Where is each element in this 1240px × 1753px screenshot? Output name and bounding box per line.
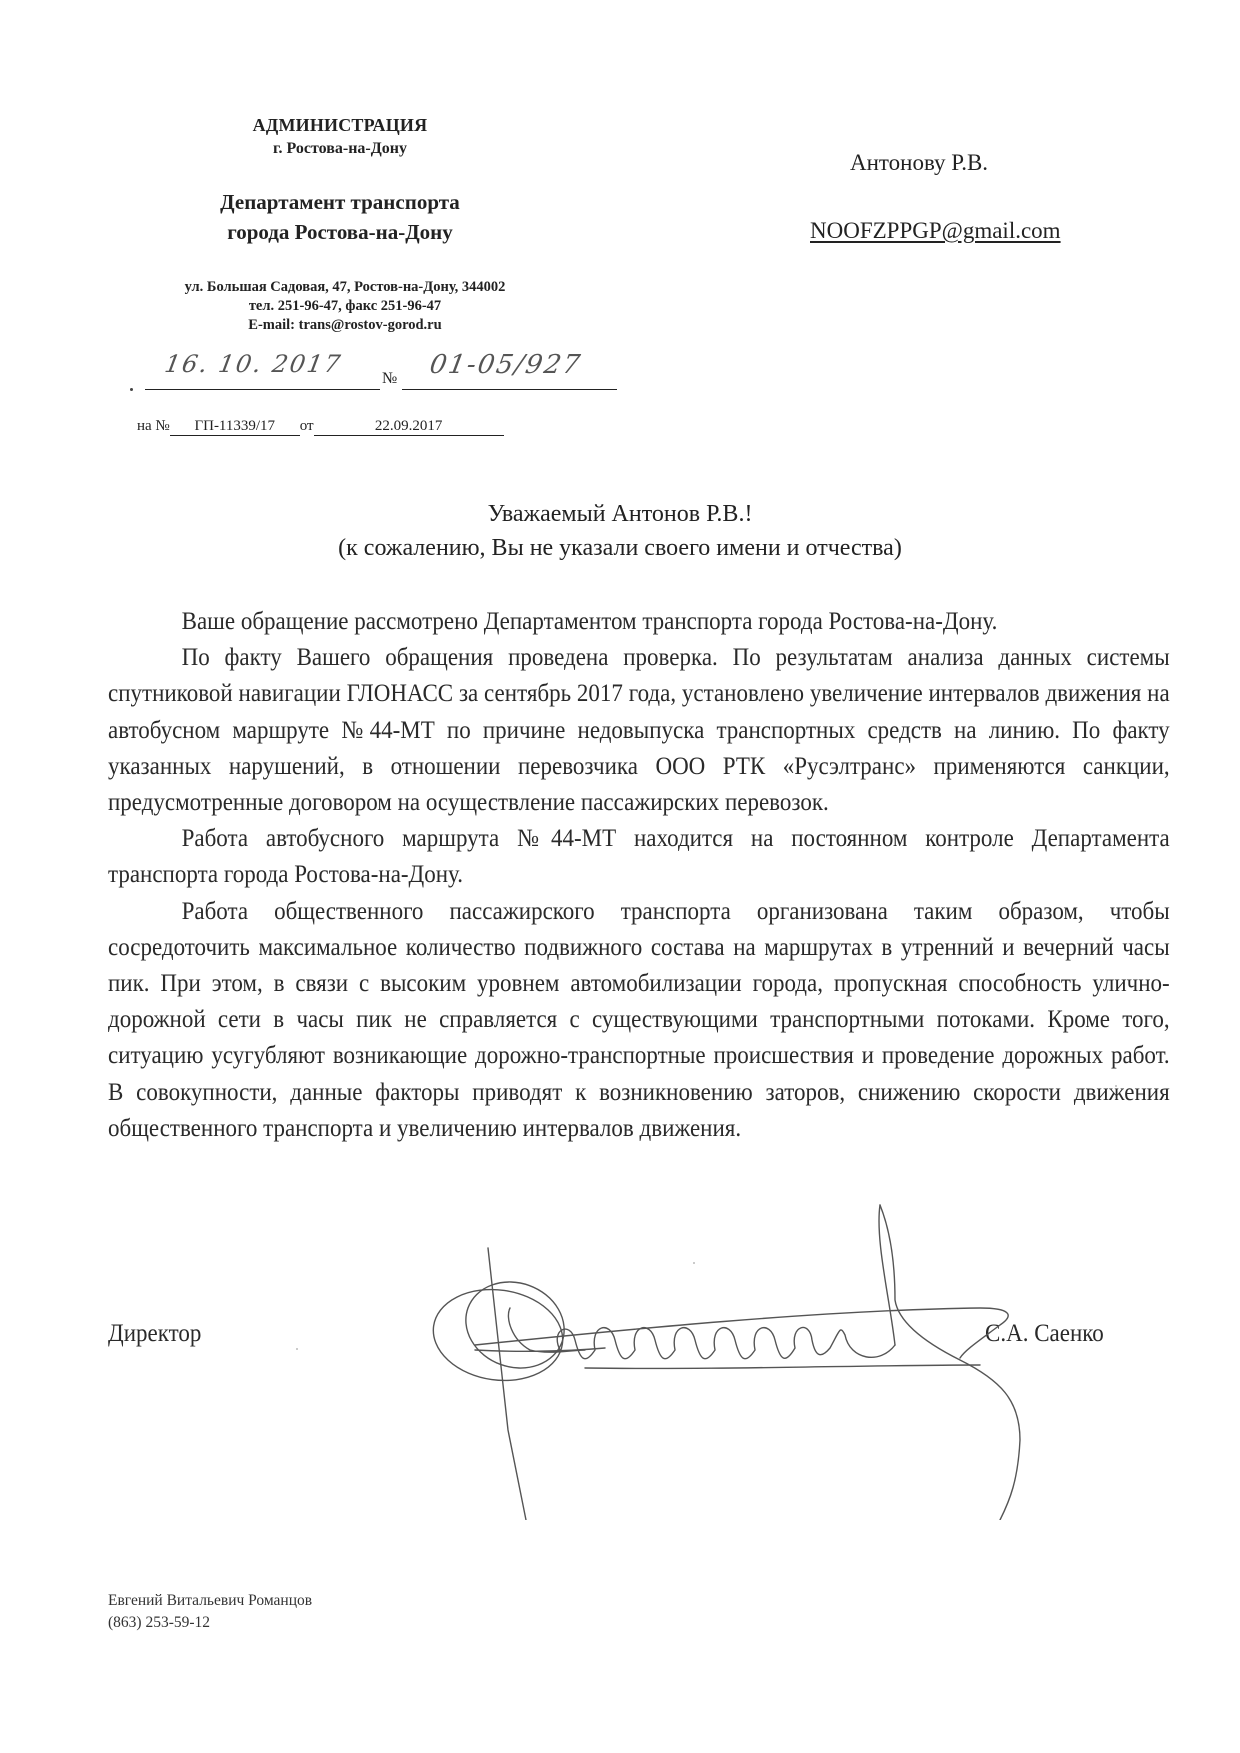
bullet-mark [130,388,133,391]
scan-speck [693,1262,695,1264]
letterhead-address: ул. Большая Садовая, 47, Ростов-на-Дону,… [115,278,575,297]
outgoing-date: 16. 10. 2017 [163,350,345,378]
paragraph: Работа общественного пассажирского транс… [108,894,1170,1147]
outgoing-number-label: № [382,370,397,388]
number-underline [402,389,617,390]
letterhead-department: Департамент транспорта [120,190,560,215]
executor-phone: (863) 253-59-12 [108,1614,210,1632]
executor-name: Евгений Витальевич Романцов [108,1592,312,1610]
scan-speck [296,1348,298,1350]
reply-to-label: на № [137,418,170,435]
letterhead-phone-fax: тел. 251-96-47, факс 251-96-47 [115,297,575,316]
paragraph: Работа автобусного маршрута №44-МТ наход… [108,821,1170,893]
outgoing-number: 01-05/927 [427,350,584,380]
salutation: Уважаемый Антонов Р.В.! [0,501,1240,528]
signer-role: Директор [108,1320,201,1348]
letterhead-contacts: ул. Большая Садовая, 47, Ростов-на-Дону,… [115,278,575,335]
letterhead-department-city: города Ростова-на-Дону [120,220,560,245]
letter-body: Ваше обращение рассмотрено Департаментом… [108,604,1170,1147]
reply-reference: на №ГП-11339/17от22.09.2017 [137,418,504,436]
from-label: от [300,418,314,435]
paragraph: Ваше обращение рассмотрено Департаментом… [108,604,1170,640]
date-underline [145,389,380,390]
salutation-note: (к сожалению, Вы не указали своего имени… [0,535,1240,562]
addressee-name: Антонову Р.В. [850,150,988,176]
letterhead-administration: АДМИНИСТРАЦИЯ [120,115,560,136]
letterhead-city: г. Ростова-на-Дону [120,140,560,158]
paragraph: По факту Вашего обращения проведена пров… [108,640,1170,821]
reply-to-date: 22.09.2017 [314,418,504,436]
addressee-email[interactable]: NOOFZPPGP@gmail.com [810,218,1061,244]
handwritten-signature-icon [420,1200,1140,1520]
scan-speck [1115,1085,1117,1087]
letterhead-email: E-mail: trans@rostov-gorod.ru [115,316,575,335]
reply-to-number: ГП-11339/17 [170,418,300,436]
